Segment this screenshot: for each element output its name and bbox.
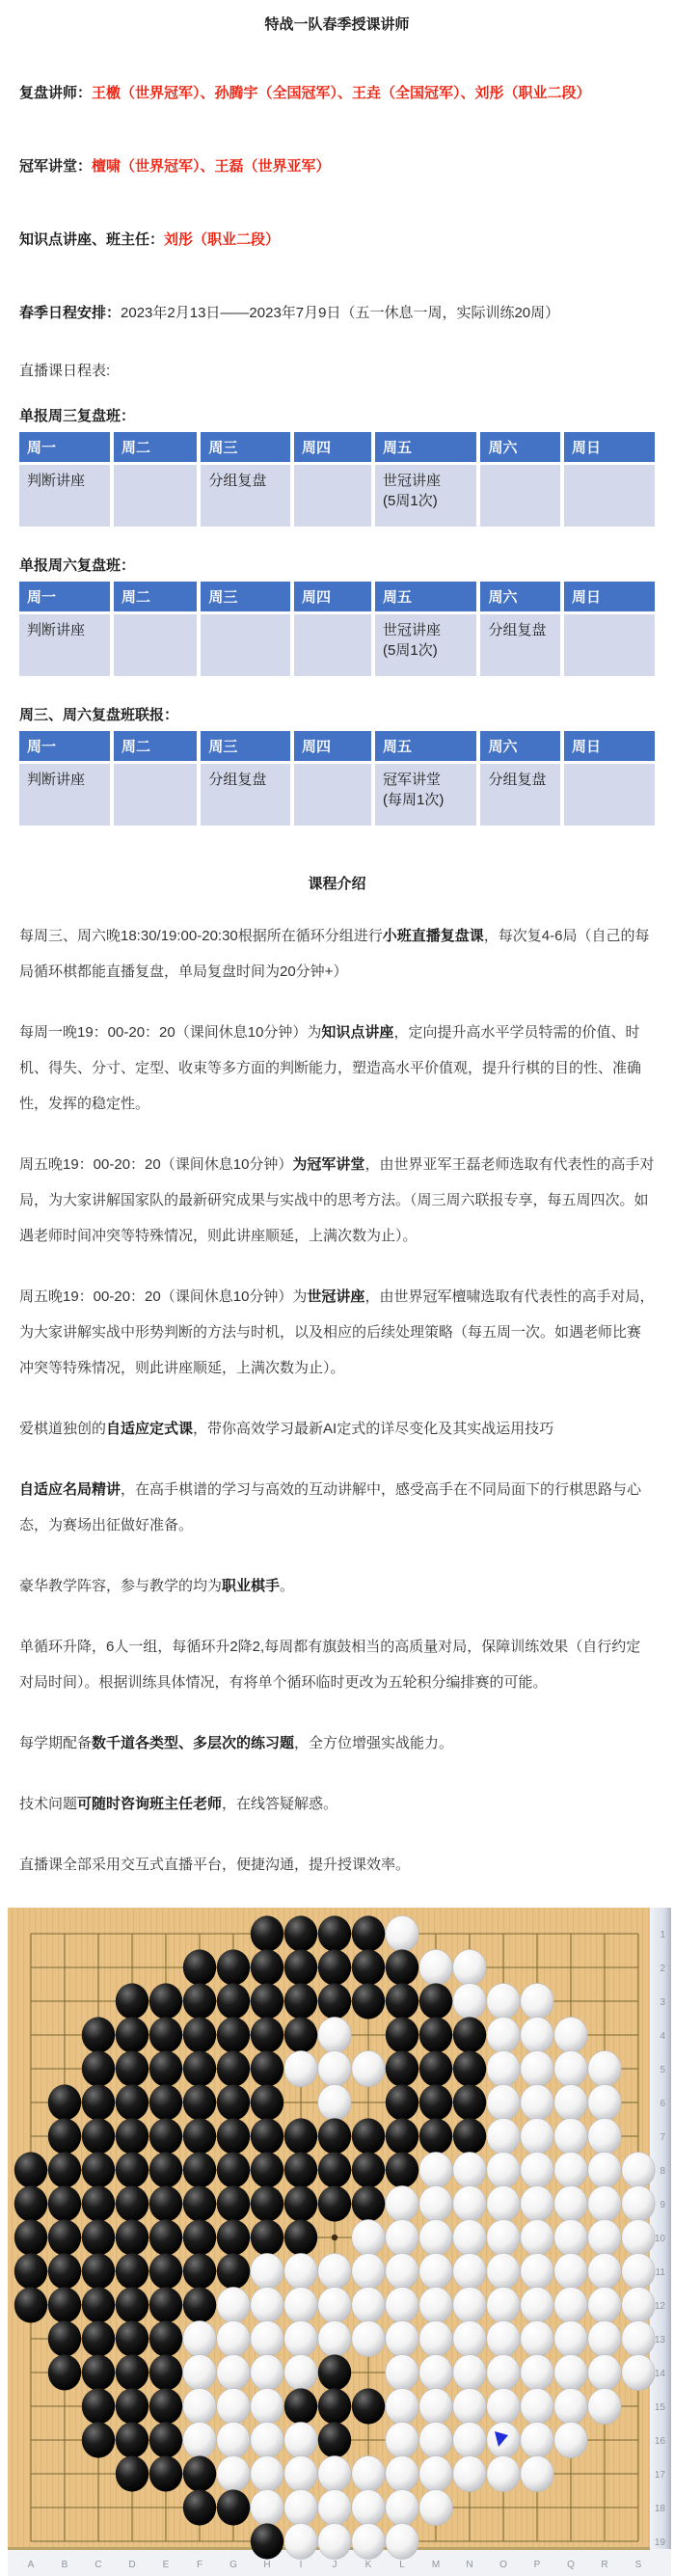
schedule-cell: 判断讲座 (19, 614, 110, 676)
col-label: P (534, 2560, 541, 2570)
white-stone (554, 2253, 587, 2289)
white-stone (554, 2017, 587, 2052)
black-stone (149, 2320, 182, 2356)
black-stone (116, 2455, 148, 2491)
white-stone (386, 2388, 418, 2424)
instructor-names: 檀啸（世界冠军）、王磊（世界亚军） (92, 158, 331, 175)
white-stone (521, 2320, 553, 2356)
intro-paragraph-8: 每学期配备数千道各类型、多层次的练习题，全方位增强实战能力。 (19, 1725, 655, 1761)
schedule-cell: 判断讲座 (19, 764, 110, 826)
white-stone (554, 2354, 587, 2390)
black-stone (386, 2050, 418, 2086)
col-label: D (128, 2560, 135, 2570)
black-stone (116, 2050, 148, 2086)
white-stone (487, 2084, 520, 2120)
black-stone (352, 2152, 385, 2187)
white-stone (487, 2185, 520, 2221)
white-stone (284, 2354, 317, 2390)
white-stone (622, 2219, 655, 2255)
emphasis-text: 数千道各类型、多层次的练习题 (92, 1735, 294, 1751)
star-point (332, 2235, 337, 2240)
black-stone (48, 2118, 81, 2154)
white-stone (453, 2388, 486, 2424)
black-stone (14, 2219, 47, 2255)
white-stone (554, 2050, 587, 2086)
black-stone (149, 2455, 182, 2491)
schedule-cell (294, 465, 371, 527)
white-stone (251, 2489, 283, 2525)
black-stone (251, 2050, 283, 2086)
white-stone (352, 2050, 385, 2086)
col-label: A (28, 2560, 35, 2570)
white-stone (453, 2253, 486, 2289)
black-stone (217, 2489, 250, 2525)
black-stone (82, 2118, 115, 2154)
col-label: F (197, 2560, 202, 2570)
white-stone (251, 2253, 283, 2289)
white-stone (217, 2287, 250, 2322)
white-stone (521, 2152, 553, 2187)
black-stone (419, 2118, 452, 2154)
black-stone (453, 2017, 486, 2052)
white-stone (352, 2489, 385, 2525)
white-stone (419, 2354, 452, 2390)
weekday-header: 周六 (480, 731, 560, 761)
black-stone (251, 1949, 283, 1985)
weekday-header: 周一 (19, 582, 110, 611)
weekday-header: 周二 (114, 731, 197, 761)
black-stone (318, 2388, 351, 2424)
row-label: 5 (660, 2065, 665, 2075)
white-stone (554, 2287, 587, 2322)
weekday-header: 周一 (19, 731, 110, 761)
schedule-cell: 判断讲座 (19, 465, 110, 527)
white-stone (183, 2388, 216, 2424)
table-title-2: 周三、周六复盘班联报： (19, 704, 655, 724)
weekday-header: 周六 (480, 582, 560, 611)
body-text: ，带你高效学习最新AI定式的详尽变化及其实战运用技巧 (193, 1421, 553, 1437)
body-text: 每周一晚19：00-20：20（课间休息10分钟）为 (19, 1024, 321, 1041)
white-stone (487, 2050, 520, 2086)
white-stone (284, 2287, 317, 2322)
schedule-cell (114, 614, 197, 676)
white-stone (419, 1949, 452, 1985)
black-stone (48, 2084, 81, 2120)
black-stone (82, 2320, 115, 2356)
weekday-header: 周六 (480, 432, 560, 462)
black-stone (48, 2320, 81, 2356)
row-label: 2 (660, 1964, 665, 1974)
white-stone (217, 2422, 250, 2457)
black-stone (116, 1983, 148, 2019)
white-stone (419, 2455, 452, 2491)
weekday-header: 周三 (201, 582, 290, 611)
white-stone (622, 2354, 655, 2390)
intro-paragraph-3: 周五晚19：00-20：20（课间休息10分钟）为世冠讲座，由世界冠军檀啸选取有… (19, 1279, 655, 1386)
white-stone (386, 2523, 418, 2559)
white-stone (419, 2253, 452, 2289)
black-stone (453, 2084, 486, 2120)
emphasis-text: 小班直播复盘课 (383, 928, 484, 944)
white-stone (453, 2287, 486, 2322)
schedule-cell (201, 614, 290, 676)
row-label: 9 (660, 2200, 665, 2210)
instructor-line-1: 冠军讲堂：檀啸（世界冠军）、王磊（世界亚军） (19, 148, 655, 186)
white-stone (183, 2320, 216, 2356)
col-label: H (263, 2560, 270, 2570)
black-stone (284, 2017, 317, 2052)
col-label: O (499, 2560, 507, 2570)
schedule-cell: 分组复盘 (480, 614, 560, 676)
white-stone (386, 2219, 418, 2255)
black-stone (251, 2118, 283, 2154)
weekday-header: 周日 (564, 582, 655, 611)
white-stone (521, 2017, 553, 2052)
white-stone (521, 2118, 553, 2154)
instructor-role-label: 冠军讲堂： (19, 158, 92, 175)
black-stone (352, 1915, 385, 1951)
schedule-table-0: 周一周二周三周四周五周六周日判断讲座分组复盘世冠讲座 (5周1次) (15, 429, 659, 529)
black-stone (14, 2287, 47, 2322)
live-class-schedule-label: 直播课日程表: (19, 360, 655, 380)
black-stone (352, 2118, 385, 2154)
intro-paragraph-0: 每周三、周六晚18:30/19:00-20:30根据所在循环分组进行小班直播复盘… (19, 918, 655, 990)
black-stone (149, 2084, 182, 2120)
black-stone (284, 2118, 317, 2154)
black-stone (251, 2185, 283, 2221)
black-stone (48, 2185, 81, 2221)
white-stone (318, 2050, 351, 2086)
weekday-header: 周四 (294, 731, 371, 761)
white-stone (554, 2152, 587, 2187)
black-stone (419, 1983, 452, 2019)
schedule-table-1: 周一周二周三周四周五周六周日判断讲座世冠讲座 (5周1次)分组复盘 (15, 579, 659, 679)
white-stone (554, 2388, 587, 2424)
body-text: 单循环升降，6人一组，每循环升2降2,每周都有旗鼓相当的高质量对局，保障训练效果… (19, 1639, 640, 1691)
intro-paragraph-5: 自适应名局精讲，在高手棋谱的学习与高效的互动讲解中，感受高手在不同局面下的行棋思… (19, 1472, 655, 1543)
black-stone (116, 2388, 148, 2424)
white-stone (453, 2152, 486, 2187)
table-row: 判断讲座分组复盘冠军讲堂 (每周1次)分组复盘 (19, 764, 655, 826)
white-stone (352, 2219, 385, 2255)
schedule-cell: 分组复盘 (201, 764, 290, 826)
black-stone (386, 2084, 418, 2120)
table-row: 判断讲座世冠讲座 (5周1次)分组复盘 (19, 614, 655, 676)
black-stone (217, 2253, 250, 2289)
black-stone (217, 2219, 250, 2255)
black-stone (386, 2152, 418, 2187)
black-stone (14, 2152, 47, 2187)
white-stone (588, 2152, 621, 2187)
white-stone (352, 2320, 385, 2356)
white-stone (487, 2455, 520, 2491)
white-stone (318, 2084, 351, 2120)
black-stone (318, 1949, 351, 1985)
col-label: B (62, 2560, 68, 2570)
row-label: 10 (655, 2234, 666, 2244)
black-stone (82, 2354, 115, 2390)
instructor-role-label: 知识点讲座、班主任： (19, 231, 164, 248)
white-stone (554, 2422, 587, 2457)
black-stone (183, 2017, 216, 2052)
black-stone (14, 2185, 47, 2221)
white-stone (251, 2422, 283, 2457)
intro-paragraph-9: 技术问题可随时咨询班主任老师，在线答疑解惑。 (19, 1786, 655, 1822)
instructor-line-2: 知识点讲座、班主任：刘彤（职业二段） (19, 221, 655, 259)
black-stone (284, 2185, 317, 2221)
white-stone (386, 2185, 418, 2221)
white-stone (352, 2523, 385, 2559)
row-label: 11 (656, 2267, 666, 2278)
white-stone (251, 2287, 283, 2322)
black-stone (183, 2118, 216, 2154)
black-stone (48, 2287, 81, 2322)
schedule-table-2: 周一周二周三周四周五周六周日判断讲座分组复盘冠军讲堂 (每周1次)分组复盘 (15, 728, 659, 828)
row-label: 15 (655, 2402, 666, 2413)
black-stone (149, 1983, 182, 2019)
black-stone (386, 2017, 418, 2052)
black-stone (116, 2287, 148, 2322)
black-stone (116, 2320, 148, 2356)
white-stone (521, 2084, 553, 2120)
black-stone (217, 2084, 250, 2120)
intro-paragraph-2: 周五晚19：00-20：20（课间休息10分钟）为冠军讲堂，由世界亚军王磊老师选… (19, 1147, 655, 1254)
body-text: 每周三、周六晚18:30/19:00-20:30根据所在循环分组进行 (19, 928, 383, 944)
instructor-names: 王檄（世界冠军）、孙腾宇（全国冠军）、王垚（全国冠军）、刘彤（职业二段） (92, 85, 591, 101)
body-text: 。 (280, 1578, 294, 1594)
col-label: R (601, 2560, 607, 2570)
col-label: E (163, 2560, 170, 2570)
black-stone (217, 2152, 250, 2187)
black-stone (116, 2354, 148, 2390)
white-stone (588, 2219, 621, 2255)
row-label: 13 (655, 2335, 666, 2346)
black-stone (48, 2253, 81, 2289)
row-label: 14 (655, 2369, 666, 2379)
col-label: C (94, 2560, 101, 2570)
black-stone (183, 2455, 216, 2491)
weekday-header: 周日 (564, 432, 655, 462)
season-schedule-label: 春季日程安排： (19, 305, 121, 321)
black-stone (116, 2422, 148, 2457)
white-stone (251, 2320, 283, 2356)
black-stone (183, 2152, 216, 2187)
black-stone (116, 2219, 148, 2255)
row-label: 6 (660, 2099, 665, 2109)
black-stone (82, 2050, 115, 2086)
black-stone (149, 2422, 182, 2457)
white-stone (318, 2523, 351, 2559)
white-stone (217, 2388, 250, 2424)
body-text: 爱棋道独创的 (19, 1421, 106, 1437)
instructor-names: 刘彤（职业二段） (164, 231, 280, 248)
white-stone (386, 2354, 418, 2390)
white-stone (622, 2287, 655, 2322)
black-stone (419, 2050, 452, 2086)
white-stone (386, 1915, 418, 1951)
white-stone (521, 2455, 553, 2491)
row-label: 12 (655, 2301, 666, 2312)
white-stone (622, 2152, 655, 2187)
table-title-1: 单报周六复盘班： (19, 555, 655, 575)
white-stone (386, 2422, 418, 2457)
weekday-header: 周三 (201, 731, 290, 761)
white-stone (588, 2084, 621, 2120)
black-stone (183, 2219, 216, 2255)
white-stone (487, 2287, 520, 2322)
white-stone (487, 2388, 520, 2424)
body-text: 周五晚19：00-20：20（课间休息10分钟）为 (19, 1288, 307, 1305)
black-stone (251, 1915, 283, 1951)
black-stone (419, 2017, 452, 2052)
table-row: 判断讲座分组复盘世冠讲座 (5周1次) (19, 465, 655, 527)
col-label: J (333, 2560, 337, 2570)
col-label: M (432, 2560, 440, 2570)
intro-paragraph-6: 豪华教学阵容，参与教学的均为职业棋手。 (19, 1568, 655, 1604)
white-stone (386, 2287, 418, 2322)
white-stone (521, 2422, 553, 2457)
black-stone (82, 2287, 115, 2322)
white-stone (318, 2455, 351, 2491)
white-stone (487, 2118, 520, 2154)
white-stone (284, 2489, 317, 2525)
white-stone (588, 2118, 621, 2154)
schedule-cell (294, 764, 371, 826)
white-stone (251, 2455, 283, 2491)
weekday-header: 周二 (114, 432, 197, 462)
black-stone (116, 2152, 148, 2187)
black-stone (116, 2253, 148, 2289)
black-stone (149, 2287, 182, 2322)
intro-paragraph-7: 单循环升降，6人一组，每循环升2降2,每周都有旗鼓相当的高质量对局，保障训练效果… (19, 1629, 655, 1700)
white-stone (588, 2253, 621, 2289)
col-label: L (399, 2560, 405, 2570)
col-label: Q (567, 2560, 575, 2570)
white-stone (183, 2422, 216, 2457)
white-stone (419, 2185, 452, 2221)
black-stone (183, 2489, 216, 2525)
white-stone (453, 1949, 486, 1985)
black-stone (251, 2017, 283, 2052)
white-stone (521, 2219, 553, 2255)
white-stone (554, 2320, 587, 2356)
col-label: N (466, 2560, 472, 2570)
black-stone (183, 2185, 216, 2221)
black-stone (284, 2219, 317, 2255)
black-stone (453, 2050, 486, 2086)
white-stone (554, 2118, 587, 2154)
white-stone (622, 2320, 655, 2356)
white-stone (419, 2219, 452, 2255)
white-stone (217, 2455, 250, 2491)
black-stone (82, 2253, 115, 2289)
white-stone (419, 2422, 452, 2457)
weekday-header: 周五 (375, 731, 476, 761)
emphasis-text: 为冠军讲堂 (292, 1156, 364, 1173)
white-stone (588, 2287, 621, 2322)
white-stone (453, 2185, 486, 2221)
white-stone (554, 2084, 587, 2120)
weekday-header: 周日 (564, 731, 655, 761)
white-stone (554, 2185, 587, 2221)
black-stone (217, 2185, 250, 2221)
black-stone (149, 2388, 182, 2424)
weekday-header: 周四 (294, 432, 371, 462)
emphasis-text: 可随时咨询班主任老师 (77, 1796, 222, 1812)
body-text: 周五晚19：00-20：20（课间休息10分钟） (19, 1156, 292, 1173)
black-stone (48, 2152, 81, 2187)
instructor-section: 复盘讲师：王檄（世界冠军）、孙腾宇（全国冠军）、王垚（全国冠军）、刘彤（职业二段… (19, 74, 655, 259)
white-stone (453, 2320, 486, 2356)
row-label: 8 (660, 2166, 665, 2177)
go-board-image: 12345678910111213141516171819ABCDEFGHIJK… (8, 1908, 655, 2576)
row-label: 18 (655, 2504, 666, 2514)
white-stone (487, 2354, 520, 2390)
body-text: 直播课全部采用交互式直播平台，便捷沟通，提升授课效率。 (19, 1857, 410, 1873)
white-stone (386, 2489, 418, 2525)
black-stone (48, 2354, 81, 2390)
white-stone (453, 2354, 486, 2390)
white-stone (352, 2455, 385, 2491)
white-stone (521, 2354, 553, 2390)
white-stone (318, 2320, 351, 2356)
black-stone (318, 1915, 351, 1951)
body-text: ，全方位增强实战能力。 (294, 1735, 453, 1751)
white-stone (521, 2287, 553, 2322)
black-stone (386, 1949, 418, 1985)
black-stone (284, 2388, 317, 2424)
black-stone (149, 2253, 182, 2289)
white-stone (419, 2287, 452, 2322)
white-stone (588, 2354, 621, 2390)
body-text: 每学期配备 (19, 1735, 92, 1751)
season-schedule-text: 2023年2月13日——2023年7月9日（五一休息一周，实际训练20周） (121, 305, 559, 321)
black-stone (149, 2185, 182, 2221)
row-label: 1 (660, 1930, 665, 1940)
black-stone (149, 2152, 182, 2187)
black-stone (149, 2017, 182, 2052)
black-stone (318, 1983, 351, 2019)
white-stone (352, 2287, 385, 2322)
white-stone (588, 2050, 621, 2086)
schedule-cell (564, 465, 655, 527)
body-text: 技术问题 (19, 1796, 77, 1812)
black-stone (352, 2388, 385, 2424)
white-stone (318, 2489, 351, 2525)
table-title-0: 单报周三复盘班： (19, 405, 655, 425)
white-stone (284, 2050, 317, 2086)
white-stone (217, 2320, 250, 2356)
black-stone (149, 2219, 182, 2255)
white-stone (284, 2320, 317, 2356)
white-stone (521, 2253, 553, 2289)
weekday-header: 周一 (19, 432, 110, 462)
row-label: 16 (655, 2436, 666, 2447)
white-stone (554, 2219, 587, 2255)
weekday-header: 周五 (375, 582, 476, 611)
schedule-cell (114, 465, 197, 527)
black-stone (82, 2017, 115, 2052)
black-stone (251, 2152, 283, 2187)
black-stone (352, 1983, 385, 2019)
intro-paragraph-1: 每周一晚19：00-20：20（课间休息10分钟）为知识点讲座，定向提升高水平学… (19, 1015, 655, 1122)
black-stone (284, 2152, 317, 2187)
instructor-role-label: 复盘讲师： (19, 85, 92, 101)
white-stone (318, 2253, 351, 2289)
instructor-line-0: 复盘讲师：王檄（世界冠军）、孙腾宇（全国冠军）、王垚（全国冠军）、刘彤（职业二段… (19, 74, 655, 113)
page-title: 特战一队春季授课讲师 (19, 14, 655, 34)
white-stone (487, 2320, 520, 2356)
